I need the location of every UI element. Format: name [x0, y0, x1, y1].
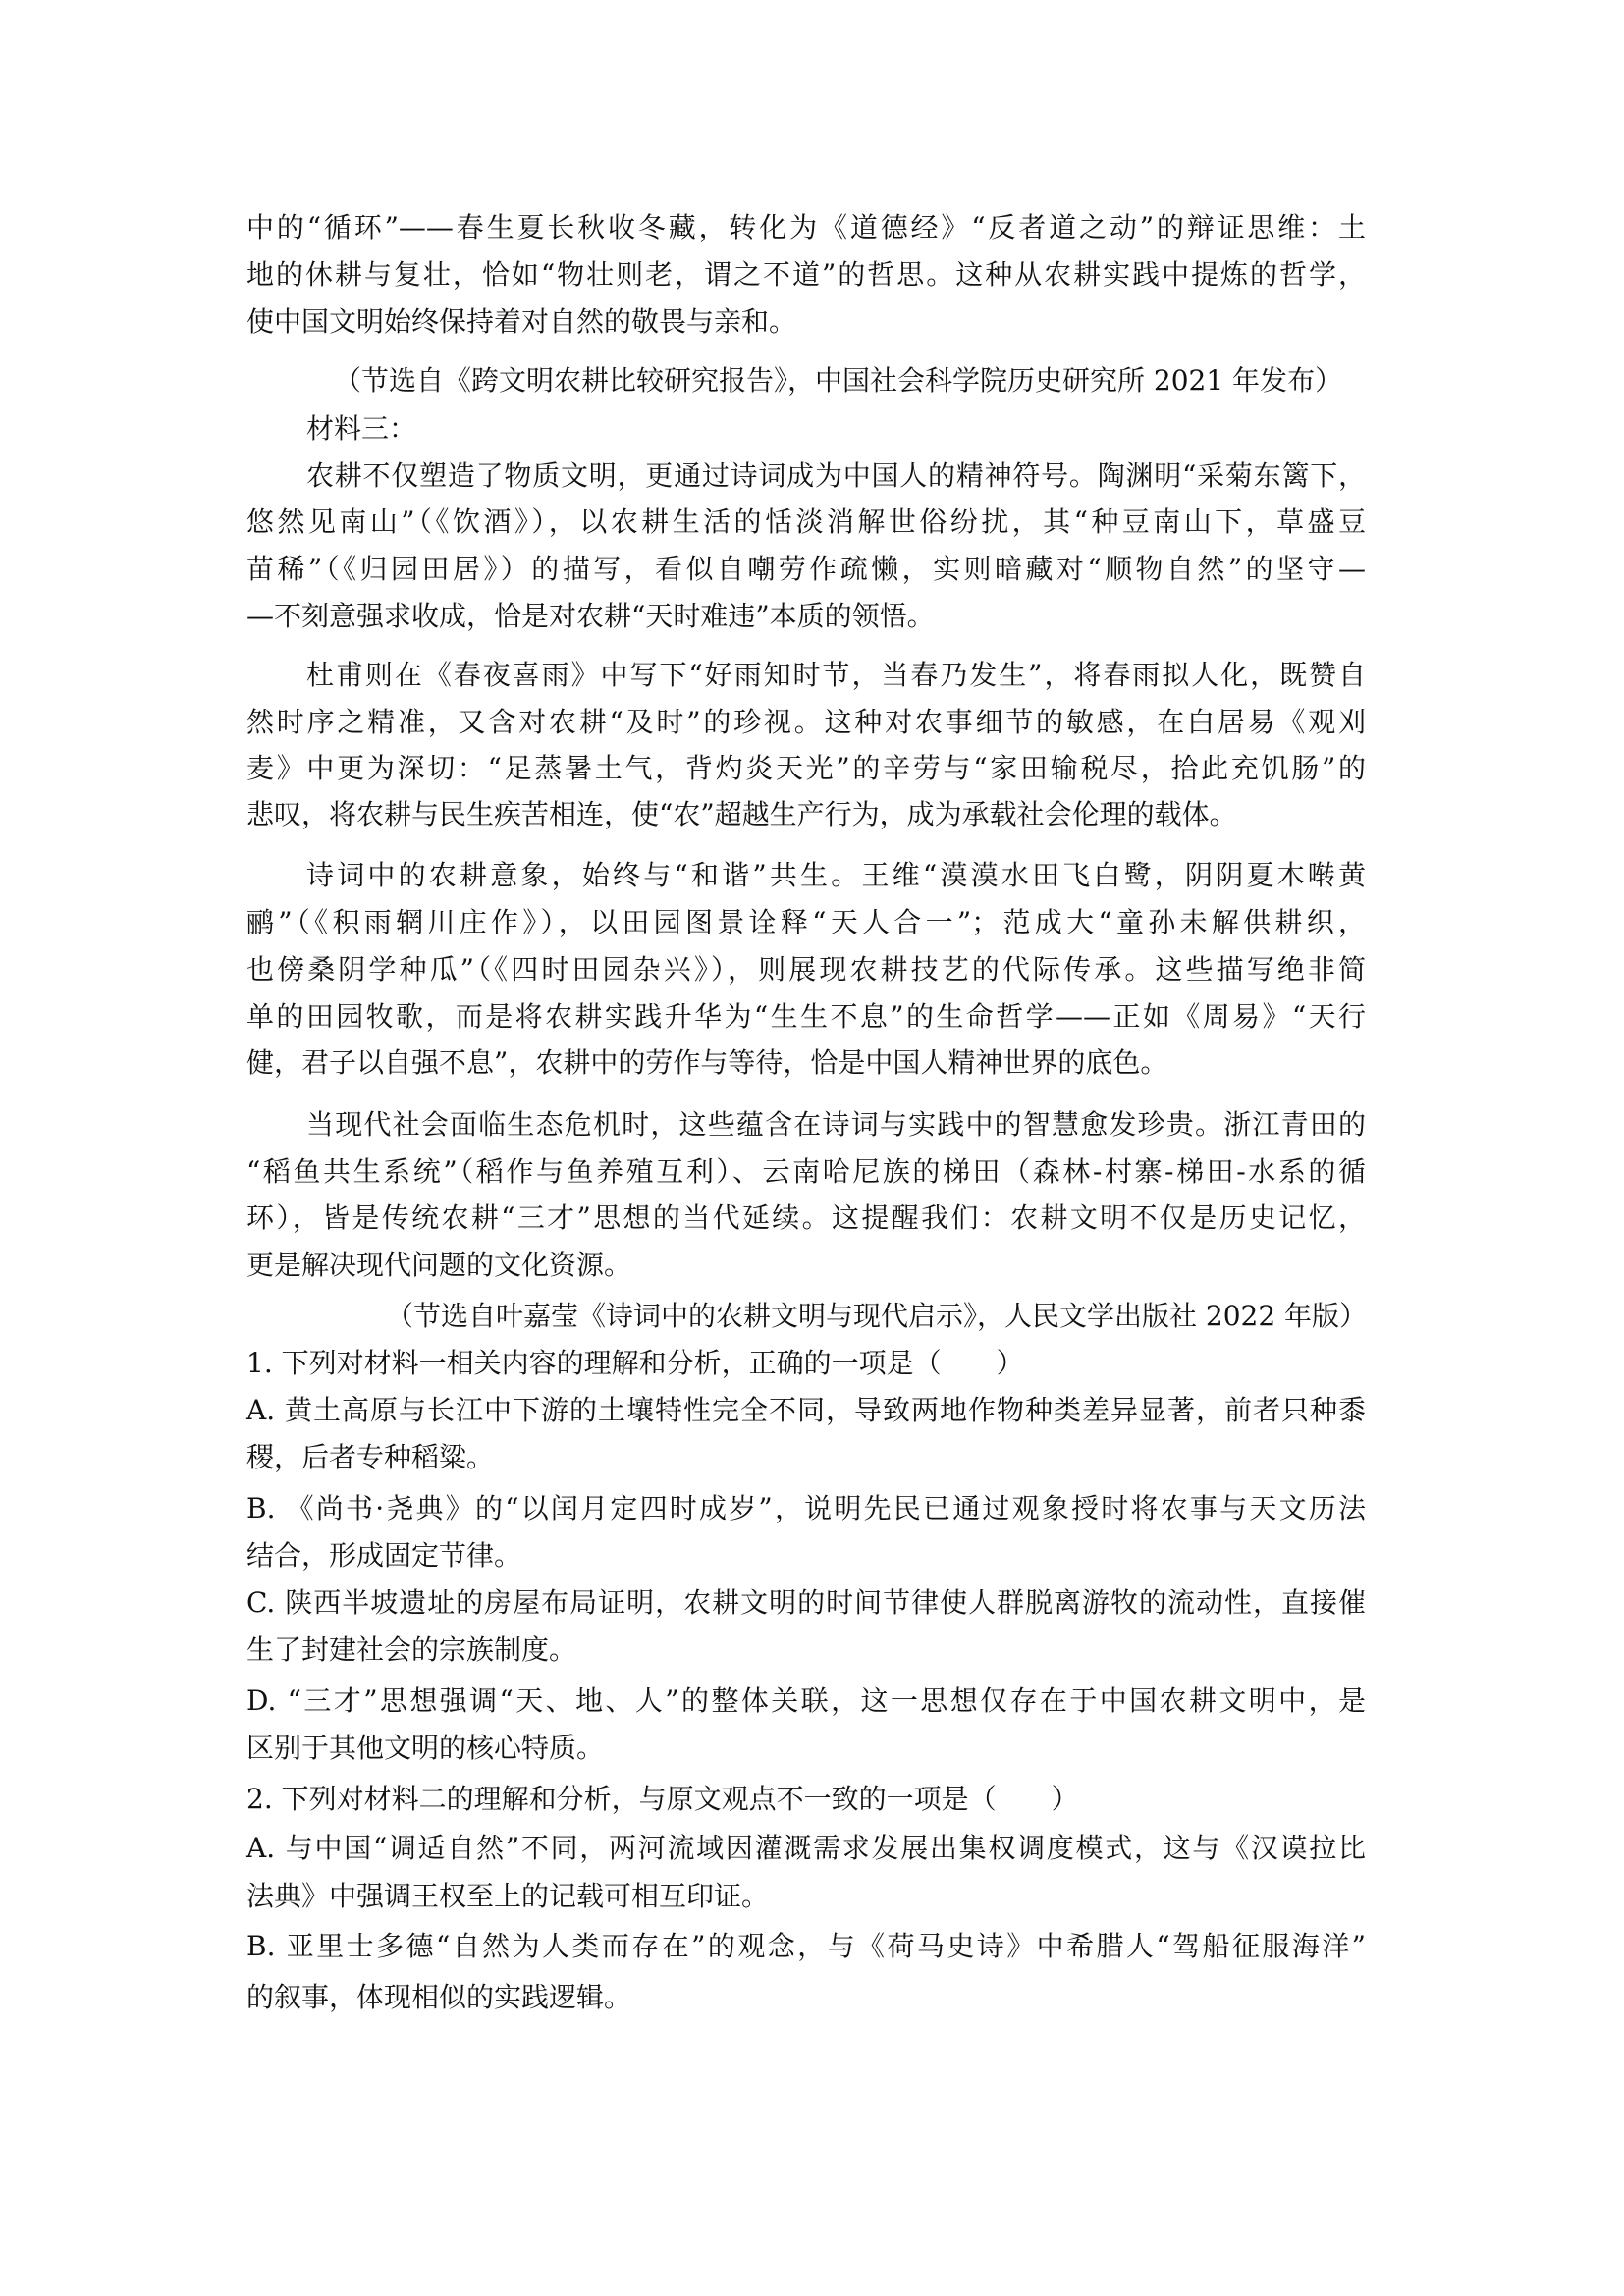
paragraph-line: 然时序之精准，又含对农耕“及时”的珍视。这种对农事细节的敏感，在白居易《观刈 [246, 703, 1366, 742]
question-2-option-a-cont[interactable]: 法典》中强调王权至上的记载可相互印证。 [246, 1877, 1366, 1916]
question-1-option-c[interactable]: C. 陕西半坡遗址的房屋布局证明，农耕文明的时间节律使人群脱离游牧的流动性，直接… [246, 1583, 1366, 1623]
paragraph-line: 更是解决现代问题的文化资源。 [246, 1246, 1366, 1285]
question-1-stem: 1. 下列对材料一相关内容的理解和分析，正确的一项是（ ） [246, 1344, 1366, 1383]
paragraph-line: 悲叹，将农耕与民生疾苦相连，使“农”超越生产行为，成为承载社会伦理的载体。 [246, 795, 1366, 834]
paragraph-line: 苗稀”（《归园田居》）的描写，看似自嘲劳作疏懒，实则暗藏对“顺物自然”的坚守— [246, 550, 1366, 589]
question-1-option-a-cont[interactable]: 稷，后者专种稻粱。 [246, 1438, 1366, 1477]
paragraph-line: 杜甫则在《春夜喜雨》中写下“好雨知时节，当春乃发生”，将春雨拟人化，既赞自 [306, 656, 1366, 695]
paragraph-line: 也傍桑阴学种瓜”（《四时田园杂兴》），则展现农耕技艺的代际传承。这些描写绝非简 [246, 950, 1366, 989]
material-two-line: 中的“循环”——春生夏长秋收冬藏，转化为《道德经》“反者道之动”的辩证思维：土 [246, 208, 1366, 247]
material-two-line: 使中国文明始终保持着对自然的敬畏与亲和。 [246, 302, 1366, 342]
question-1-option-d[interactable]: D. “三才”思想强调“天、地、人”的整体关联，这一思想仅存在于中国农耕文明中，… [246, 1682, 1366, 1721]
question-1-option-d-cont[interactable]: 区别于其他文明的核心特质。 [246, 1729, 1366, 1768]
question-1-option-c-cont[interactable]: 生了封建社会的宗族制度。 [246, 1630, 1366, 1670]
material-three-heading: 材料三： [306, 409, 1426, 449]
question-2-option-b-cont[interactable]: 的叙事，体现相似的实践逻辑。 [246, 1978, 1366, 2017]
question-1-option-b-cont[interactable]: 结合，形成固定节律。 [246, 1536, 1366, 1575]
paragraph-line: 健，君子以自强不息”，农耕中的劳作与等待，恰是中国人精神世界的底色。 [246, 1043, 1366, 1083]
paragraph-line: 农耕不仅塑造了物质文明，更通过诗词成为中国人的精神符号。陶渊明“采菊东篱下， [306, 456, 1366, 496]
document-page: 中的“循环”——春生夏长秋收冬藏，转化为《道德经》“反者道之动”的辩证思维：土 … [0, 0, 1624, 2296]
question-1-option-b[interactable]: B. 《尚书·尧典》的“以闰月定四时成岁”，说明先民已通过观象授时将农事与天文历… [246, 1489, 1366, 1528]
paragraph-line: 诗词中的农耕意象，始终与“和谐”共生。王维“漠漠水田飞白鹭，阴阴夏木啭黄 [306, 856, 1366, 895]
question-2-stem: 2. 下列对材料二的理解和分析，与原文观点不一致的一项是（ ） [246, 1780, 1366, 1819]
question-2-option-a[interactable]: A. 与中国“调适自然”不同，两河流域因灌溉需求发展出集权调度模式，这与《汉谟拉… [246, 1829, 1366, 1868]
question-1-option-a[interactable]: A. 黄土高原与长江中下游的土壤特性完全不同，导致两地作物种类差异显著，前者只种… [246, 1391, 1366, 1430]
paragraph-line: 环），皆是传统农耕“三才”思想的当代延续。这提醒我们：农耕文明不仅是历史记忆， [246, 1199, 1366, 1238]
material-three-source: （节选自叶嘉莹《诗词中的农耕文明与现代启示》，人民文学出版社 2022 年版） [386, 1297, 1366, 1336]
paragraph-line: 鹂”（《积雨辋川庄作》），以田园图景诠释“天人合一”；范成大“童孙未解供耕织， [246, 903, 1366, 942]
paragraph-line: “稻鱼共生系统”（稻作与鱼养殖互利）、云南哈尼族的梯田（森林-村寨-梯田-水系的… [246, 1152, 1366, 1192]
question-2-option-b[interactable]: B. 亚里士多德“自然为人类而存在”的观念，与《荷马史诗》中希腊人“驾船征服海洋… [246, 1927, 1366, 1966]
paragraph-line: 当现代社会面临生态危机时，这些蕴含在诗词与实践中的智慧愈发珍贵。浙江青田的 [306, 1105, 1366, 1145]
material-two-source: （节选自《跨文明农耕比较研究报告》，中国社会科学院历史研究所 2021 年发布） [334, 361, 1366, 400]
paragraph-line: 悠然见南山”（《饮酒》），以农耕生活的恬淡消解世俗纷扰，其“种豆南山下，草盛豆 [246, 503, 1366, 542]
paragraph-line: 单的田园牧歌，而是将农耕实践升华为“生生不息”的生命哲学——正如《周易》“天行 [246, 997, 1366, 1037]
material-two-line: 地的休耕与复壮，恰如“物壮则老，谓之不道”的哲思。这种从农耕实践中提炼的哲学， [246, 255, 1366, 294]
paragraph-line: —不刻意强求收成，恰是对农耕“天时难违”本质的领悟。 [246, 597, 1366, 636]
paragraph-line: 麦》中更为深切：“足蒸暑土气，背灼炎天光”的辛劳与“家田输税尽，拾此充饥肠”的 [246, 749, 1366, 788]
